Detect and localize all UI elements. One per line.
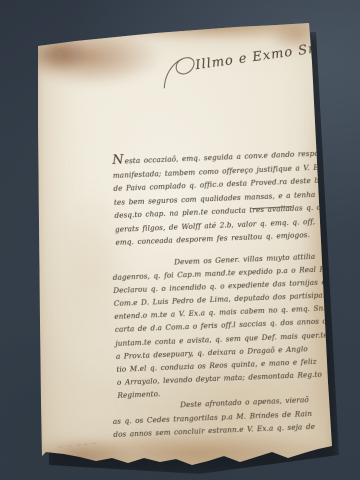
paragraph-3: Deste afrontado o apenas, vieraõ as q. o…: [112, 392, 325, 441]
photo-backdrop: 5. 8. 78 Illmo e Exmo Snr. Nesta occazia…: [0, 0, 360, 480]
salutation: Illmo e Exmo Snr.: [157, 26, 323, 100]
stain-top-left-corner: [18, 28, 160, 86]
salutation-text: Illmo e Exmo Snr.: [195, 41, 329, 73]
paragraph-2: Devem os Gener. villas muyto attilia dag…: [112, 249, 330, 401]
paragraph-1: Nesta occaziaõ, emq. seguida a conv.e da…: [112, 145, 328, 249]
pencil-scribble: ~·~ ~~·~: [58, 441, 99, 451]
manuscript-paper: 5. 8. 78 Illmo e Exmo Snr. Nesta occazia…: [36, 22, 334, 468]
archival-pencil-note: 5. 8. 78: [45, 51, 80, 59]
